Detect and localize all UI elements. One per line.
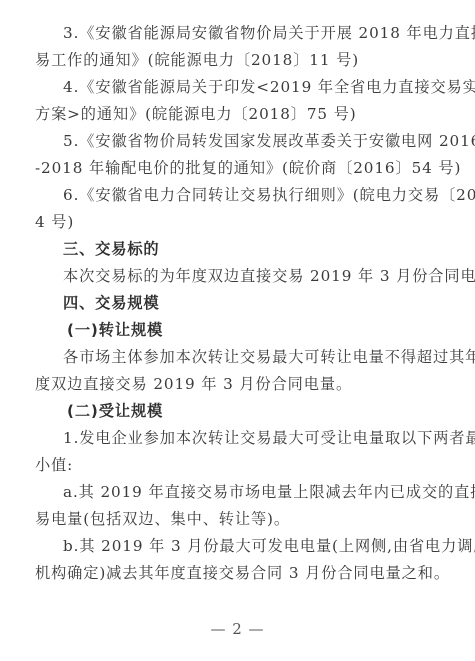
reference-item-6-line-2: 4 号) — [35, 209, 445, 236]
reference-item-4-line-1: 4.《安徽省能源局关于印发<2019 年全省电力直接交易实施 — [35, 74, 445, 101]
receive-scale-item-a-line-1: a.其 2019 年直接交易市场电量上限减去年内已成交的直接交 — [35, 479, 445, 506]
receive-scale-item-1-line-1: 1.发电企业参加本次转让交易最大可受让电量取以下两者最 — [35, 425, 445, 452]
reference-item-5-line-2: -2018 年输配电价的批复的通知》(皖价商〔2016〕54 号) — [35, 155, 445, 182]
trade-subject-paragraph: 本次交易标的为年度双边直接交易 2019 年 3 月份合同电量。 — [35, 263, 445, 290]
reference-item-3-line-1: 3.《安徽省能源局安徽省物价局关于开展 2018 年电力直接交 — [35, 20, 445, 47]
transfer-scale-line-1: 各市场主体参加本次转让交易最大可转让电量不得超过其年 — [35, 344, 445, 371]
transfer-scale-line-2: 度双边直接交易 2019 年 3 月份合同电量。 — [35, 371, 445, 398]
receive-scale-item-b-line-1: b.其 2019 年 3 月份最大可发电电量(上网侧,由省电力调度 — [35, 533, 445, 560]
receive-scale-item-b-line-2: 机构确定)减去其年度直接交易合同 3 月份合同电量之和。 — [35, 560, 445, 587]
receive-scale-item-1-line-2: 小值: — [35, 452, 445, 479]
reference-item-4-line-2: 方案>的通知》(皖能源电力〔2018〕75 号) — [35, 101, 445, 128]
section-heading-trade-scale: 四、交易规模 — [35, 290, 445, 317]
section-heading-trade-subject: 三、交易标的 — [35, 236, 445, 263]
page-number: — 2 — — [0, 620, 475, 638]
reference-item-6-line-1: 6.《安徽省电力合同转让交易执行细则》(皖电力交易〔2018〕 — [35, 182, 445, 209]
reference-item-5-line-1: 5.《安徽省物价局转发国家发展改革委关于安徽电网 2016 年 — [35, 128, 445, 155]
subheading-transfer-scale: (一)转让规模 — [35, 317, 445, 344]
subheading-receive-scale: (二)受让规模 — [35, 398, 445, 425]
receive-scale-item-a-line-2: 易电量(包括双边、集中、转让等)。 — [35, 506, 445, 533]
document-body: 3.《安徽省能源局安徽省物价局关于开展 2018 年电力直接交 易工作的通知》(… — [35, 20, 445, 587]
reference-item-3-line-2: 易工作的通知》(皖能源电力〔2018〕11 号) — [35, 47, 445, 74]
